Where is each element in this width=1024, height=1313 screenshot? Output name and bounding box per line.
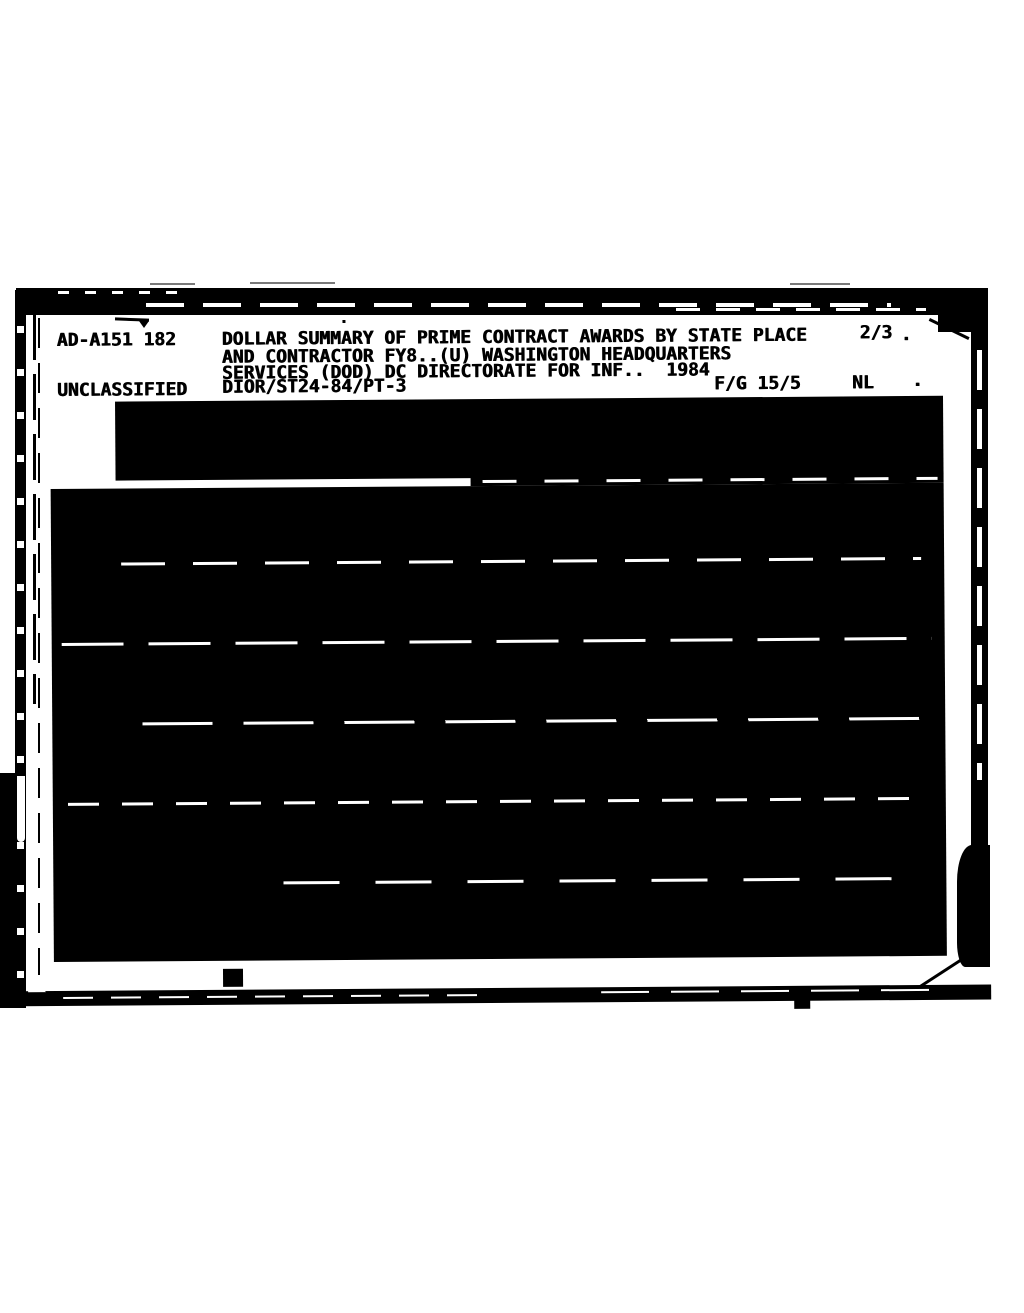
fiche-number: 2/3: [859, 324, 892, 341]
row-separator-line: [483, 477, 938, 483]
frame-corner-gap: [28, 977, 46, 992]
fiche-image-block-main: [51, 483, 947, 962]
fiche-image-block-top: [115, 396, 944, 481]
fiche-frame-bottom-band: [21, 984, 991, 1006]
scan-speck: [794, 997, 810, 1009]
classification-label: UNCLASSIFIED: [57, 381, 187, 399]
scan-streak: [63, 994, 493, 999]
registration-mark: [223, 969, 243, 987]
scan-speck: [342, 320, 345, 323]
subject-group-code: F/G 15/5: [714, 375, 801, 393]
scan-speck: .: [912, 372, 923, 389]
scan-streak: [601, 989, 931, 993]
media-code: NL: [852, 374, 874, 391]
scanned-document-page: AD-A151 182 DOLLAR SUMMARY OF PRIME CONT…: [0, 0, 1024, 1313]
document-id: AD-A151 182: [57, 331, 176, 349]
report-number: DIOR/ST24-84/PT-3: [222, 378, 406, 396]
row-separator-line: [142, 717, 932, 726]
scan-speck: .: [901, 326, 912, 343]
row-separator-line: [62, 637, 932, 646]
row-separator-line: [283, 877, 923, 884]
row-separator-line: [121, 557, 921, 566]
row-separator-line: [68, 797, 928, 806]
scan-content: AD-A151 182 DOLLAR SUMMARY OF PRIME CONT…: [0, 0, 1024, 1313]
